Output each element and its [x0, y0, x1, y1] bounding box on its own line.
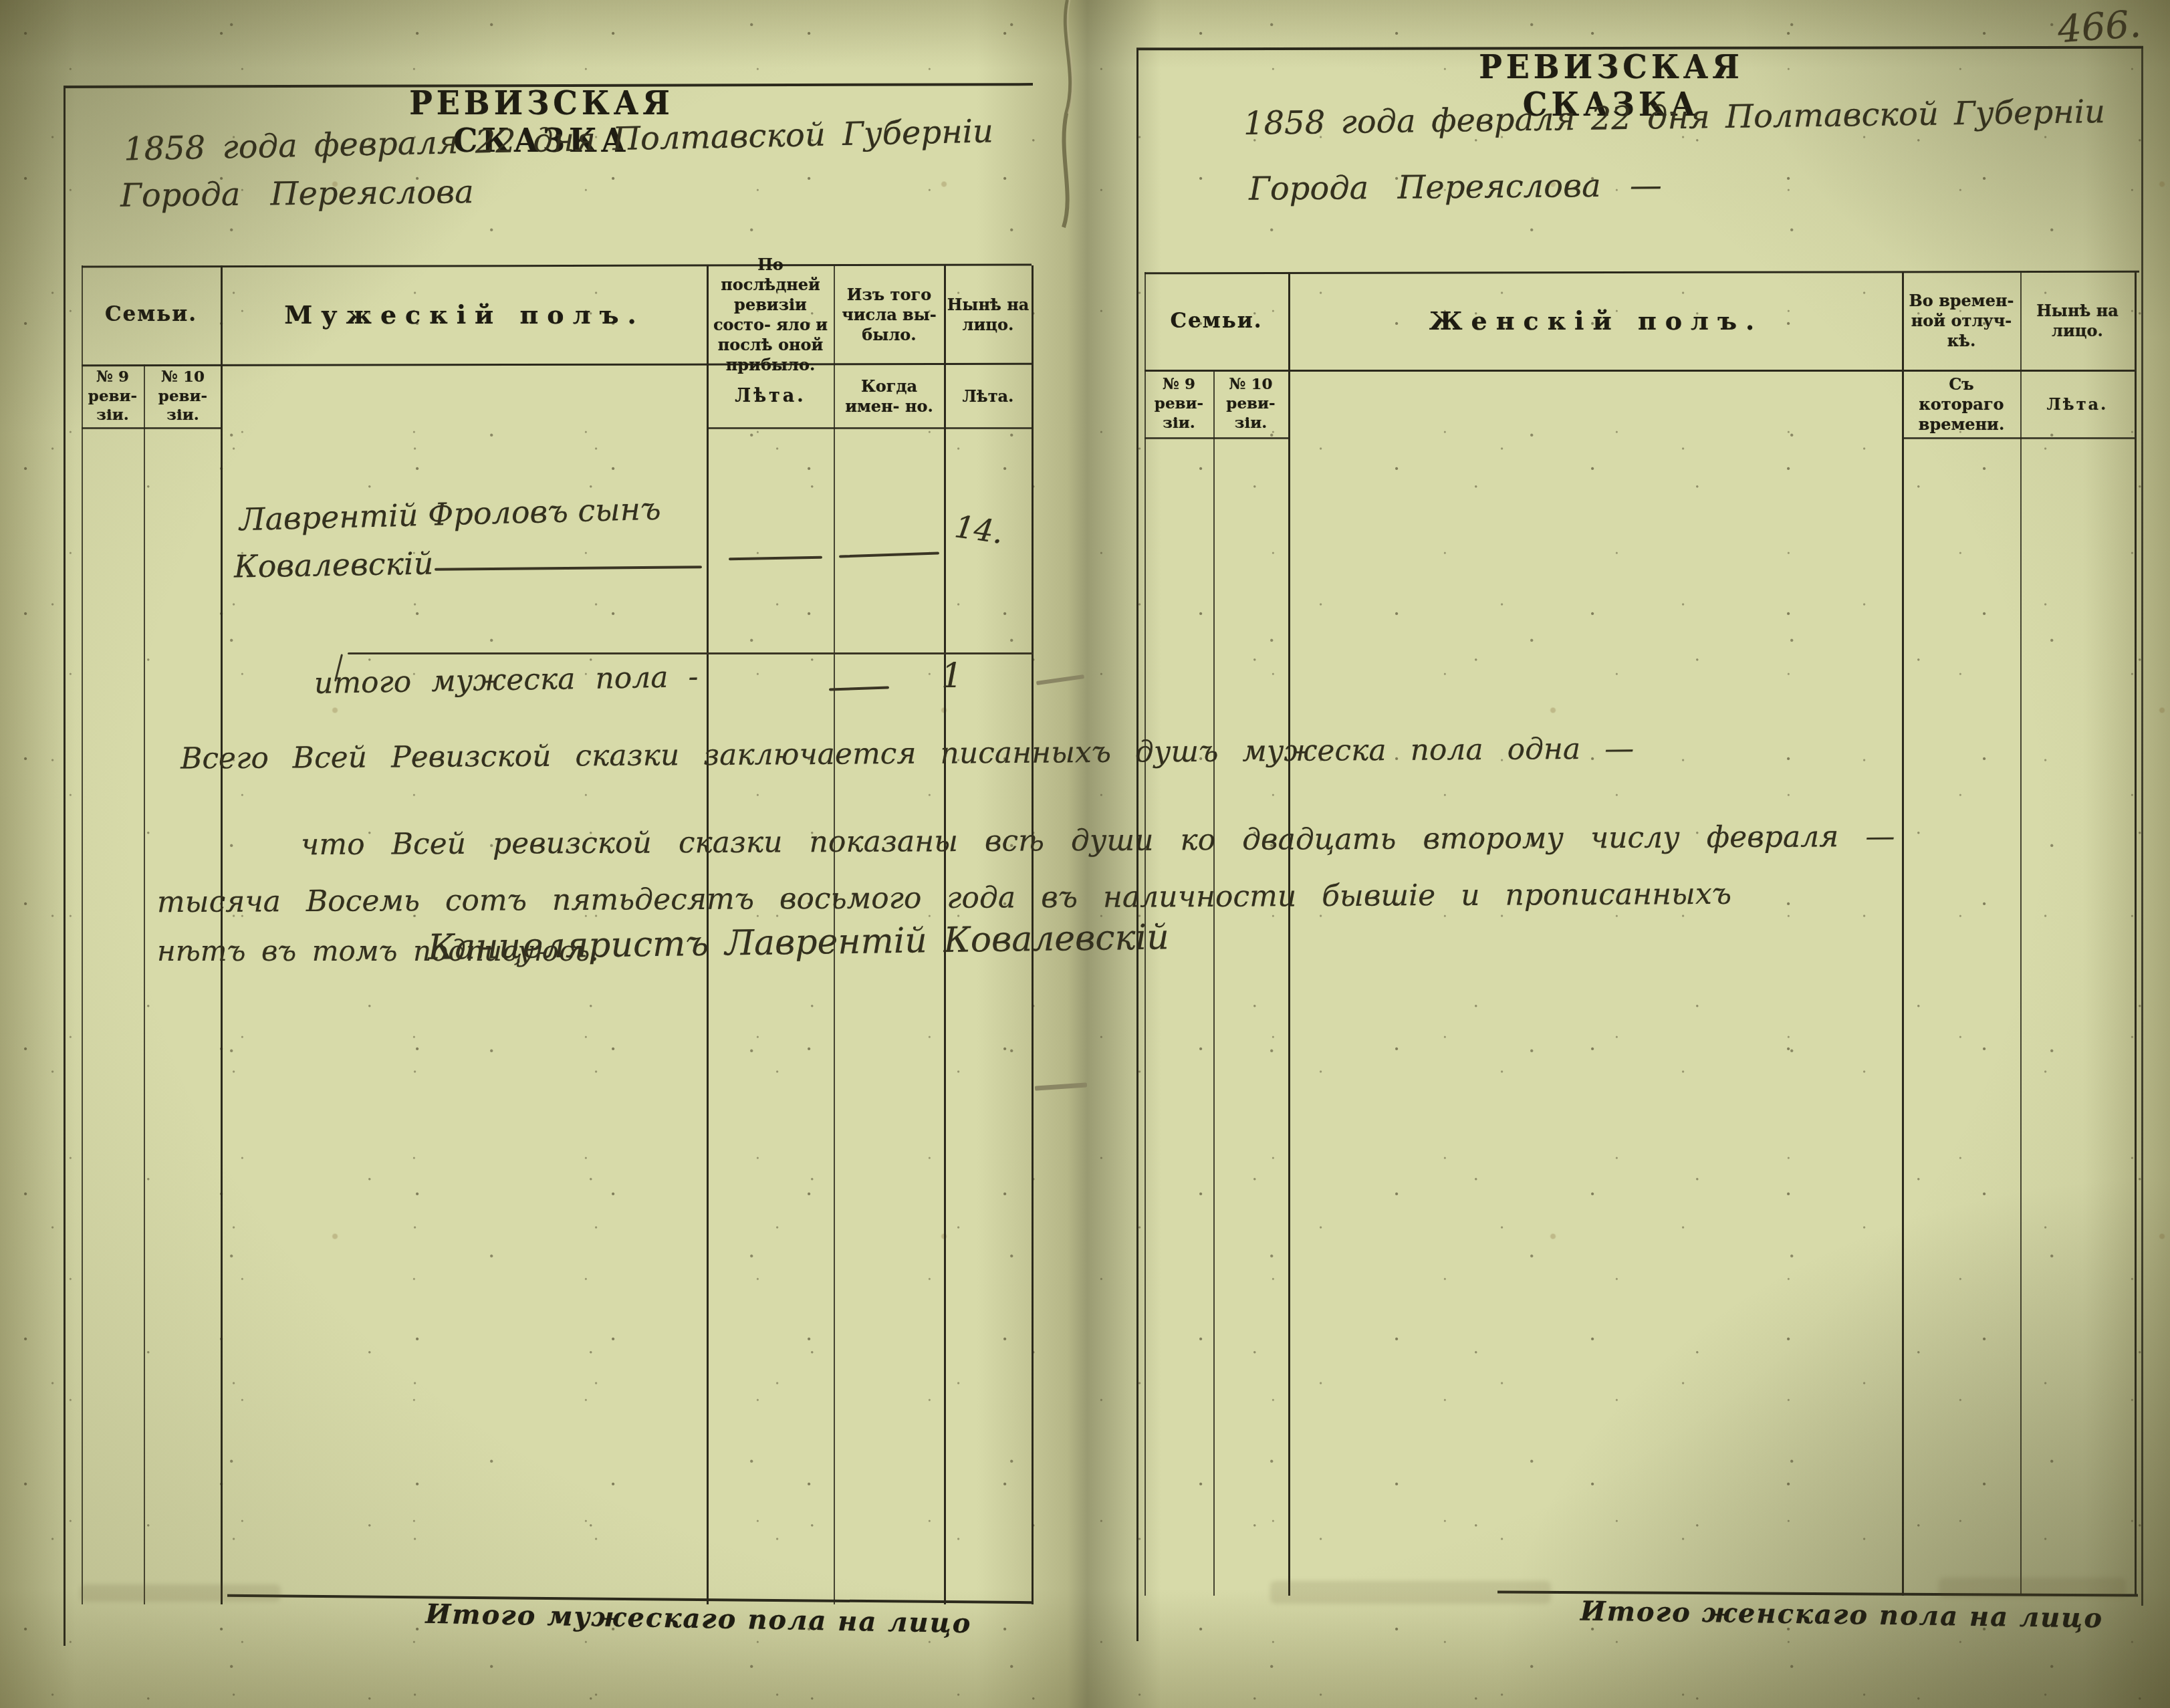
left-table-hline [82, 427, 221, 429]
left-place-line: Города Переяслова [120, 173, 474, 215]
record-name-line1: Лаврентій Фроловъ сынъ [239, 491, 661, 537]
attestation-signature: Канцеляристъ Лаврентій Ковалевскій [428, 917, 1169, 967]
right-page-left-border [1136, 48, 1138, 1641]
right-table-vline [1144, 272, 1146, 1596]
right-col-years: Лѣта. [2023, 373, 2132, 435]
right-table-vline [1288, 272, 1290, 1596]
left-col-last-revision: По послѣдней ревизіи состо- яло и послѣ … [710, 267, 831, 362]
left-col-rev10: № 10 реви- зіи. [146, 366, 219, 426]
left-col-departed: Изъ того числа вы- было. [837, 267, 941, 362]
binding-thread [1040, 0, 1100, 231]
record-dash-departed [839, 552, 939, 558]
total-value: 1 [941, 656, 963, 695]
right-table-vline [2020, 272, 2022, 1596]
attestation-line1: что Всей ревизской сказки показаны всѣ д… [301, 820, 1895, 862]
left-footer-label: Итого мужескаго пола на лицо [371, 1597, 1027, 1640]
right-col-rev10: № 10 реви- зіи. [1215, 373, 1286, 435]
right-col-rev9: № 9 реви- зіи. [1146, 373, 1212, 435]
summary-line: Всего Всей Ревизской сказки заключается … [180, 731, 1635, 775]
left-col-present: Нынѣ на лицо. [947, 267, 1030, 362]
right-col-sex: Женскій полъ. [1290, 272, 1902, 370]
right-table-vline [1902, 272, 1904, 1596]
right-col-present: Нынѣ на лицо. [2023, 274, 2132, 368]
left-col-years-a: Лѣта. [710, 366, 831, 426]
right-table-hline [1902, 437, 2136, 439]
right-footer-label: Итого женскаго пола на лицо [1531, 1595, 2153, 1635]
record-age: 14. [953, 508, 1006, 551]
right-place-line: Города Переяслова — [1249, 166, 1662, 207]
total-label: итого мужеска пола - [314, 660, 699, 701]
right-col-absence: Во времен- ной отлуч- кѣ. [1905, 274, 2018, 368]
ink-bleed-smudge [80, 1584, 281, 1602]
left-page-left-border [64, 86, 66, 1646]
left-table-hline [707, 427, 1032, 429]
left-table-vline [82, 265, 83, 1604]
right-date-line: 1858 года февраля 22 дня Полтавской Губе… [1243, 93, 2106, 142]
right-table-hline [1144, 437, 1288, 439]
ink-bleed-smudge [1270, 1581, 1551, 1604]
record-name-underline-dash [435, 566, 702, 570]
right-table-vline [2135, 272, 2137, 1596]
binding-stitch [1036, 675, 1084, 685]
record-name-line2: Ковалевскій [234, 545, 434, 584]
record-dash-last-revision [729, 556, 822, 560]
total-bracket-line [348, 652, 1033, 654]
page-number: 466. [2056, 3, 2143, 52]
right-page-right-border [2141, 48, 2143, 1606]
left-col-rev9: № 9 реви- зіи. [83, 366, 142, 426]
left-col-sex: Мужескій полъ. [223, 265, 707, 364]
total-dash [829, 686, 889, 691]
right-col-since: Съ котораго времени. [1905, 373, 2018, 435]
attestation-line2: тысяча Восемь сотъ пятьдесятъ восьмого г… [157, 877, 1731, 919]
left-col-family: Семьи. [82, 265, 221, 364]
ink-bleed-smudge [1939, 1578, 2126, 1598]
right-col-family: Семьи. [1144, 272, 1288, 370]
right-table-vline [1213, 371, 1215, 1596]
left-col-years-b: Лѣта. [947, 366, 1030, 426]
left-col-when: Когда имен- но. [837, 366, 941, 426]
right-table-hline [1144, 370, 2137, 372]
binding-stitch [1035, 1082, 1087, 1090]
left-table-vline [144, 364, 145, 1604]
